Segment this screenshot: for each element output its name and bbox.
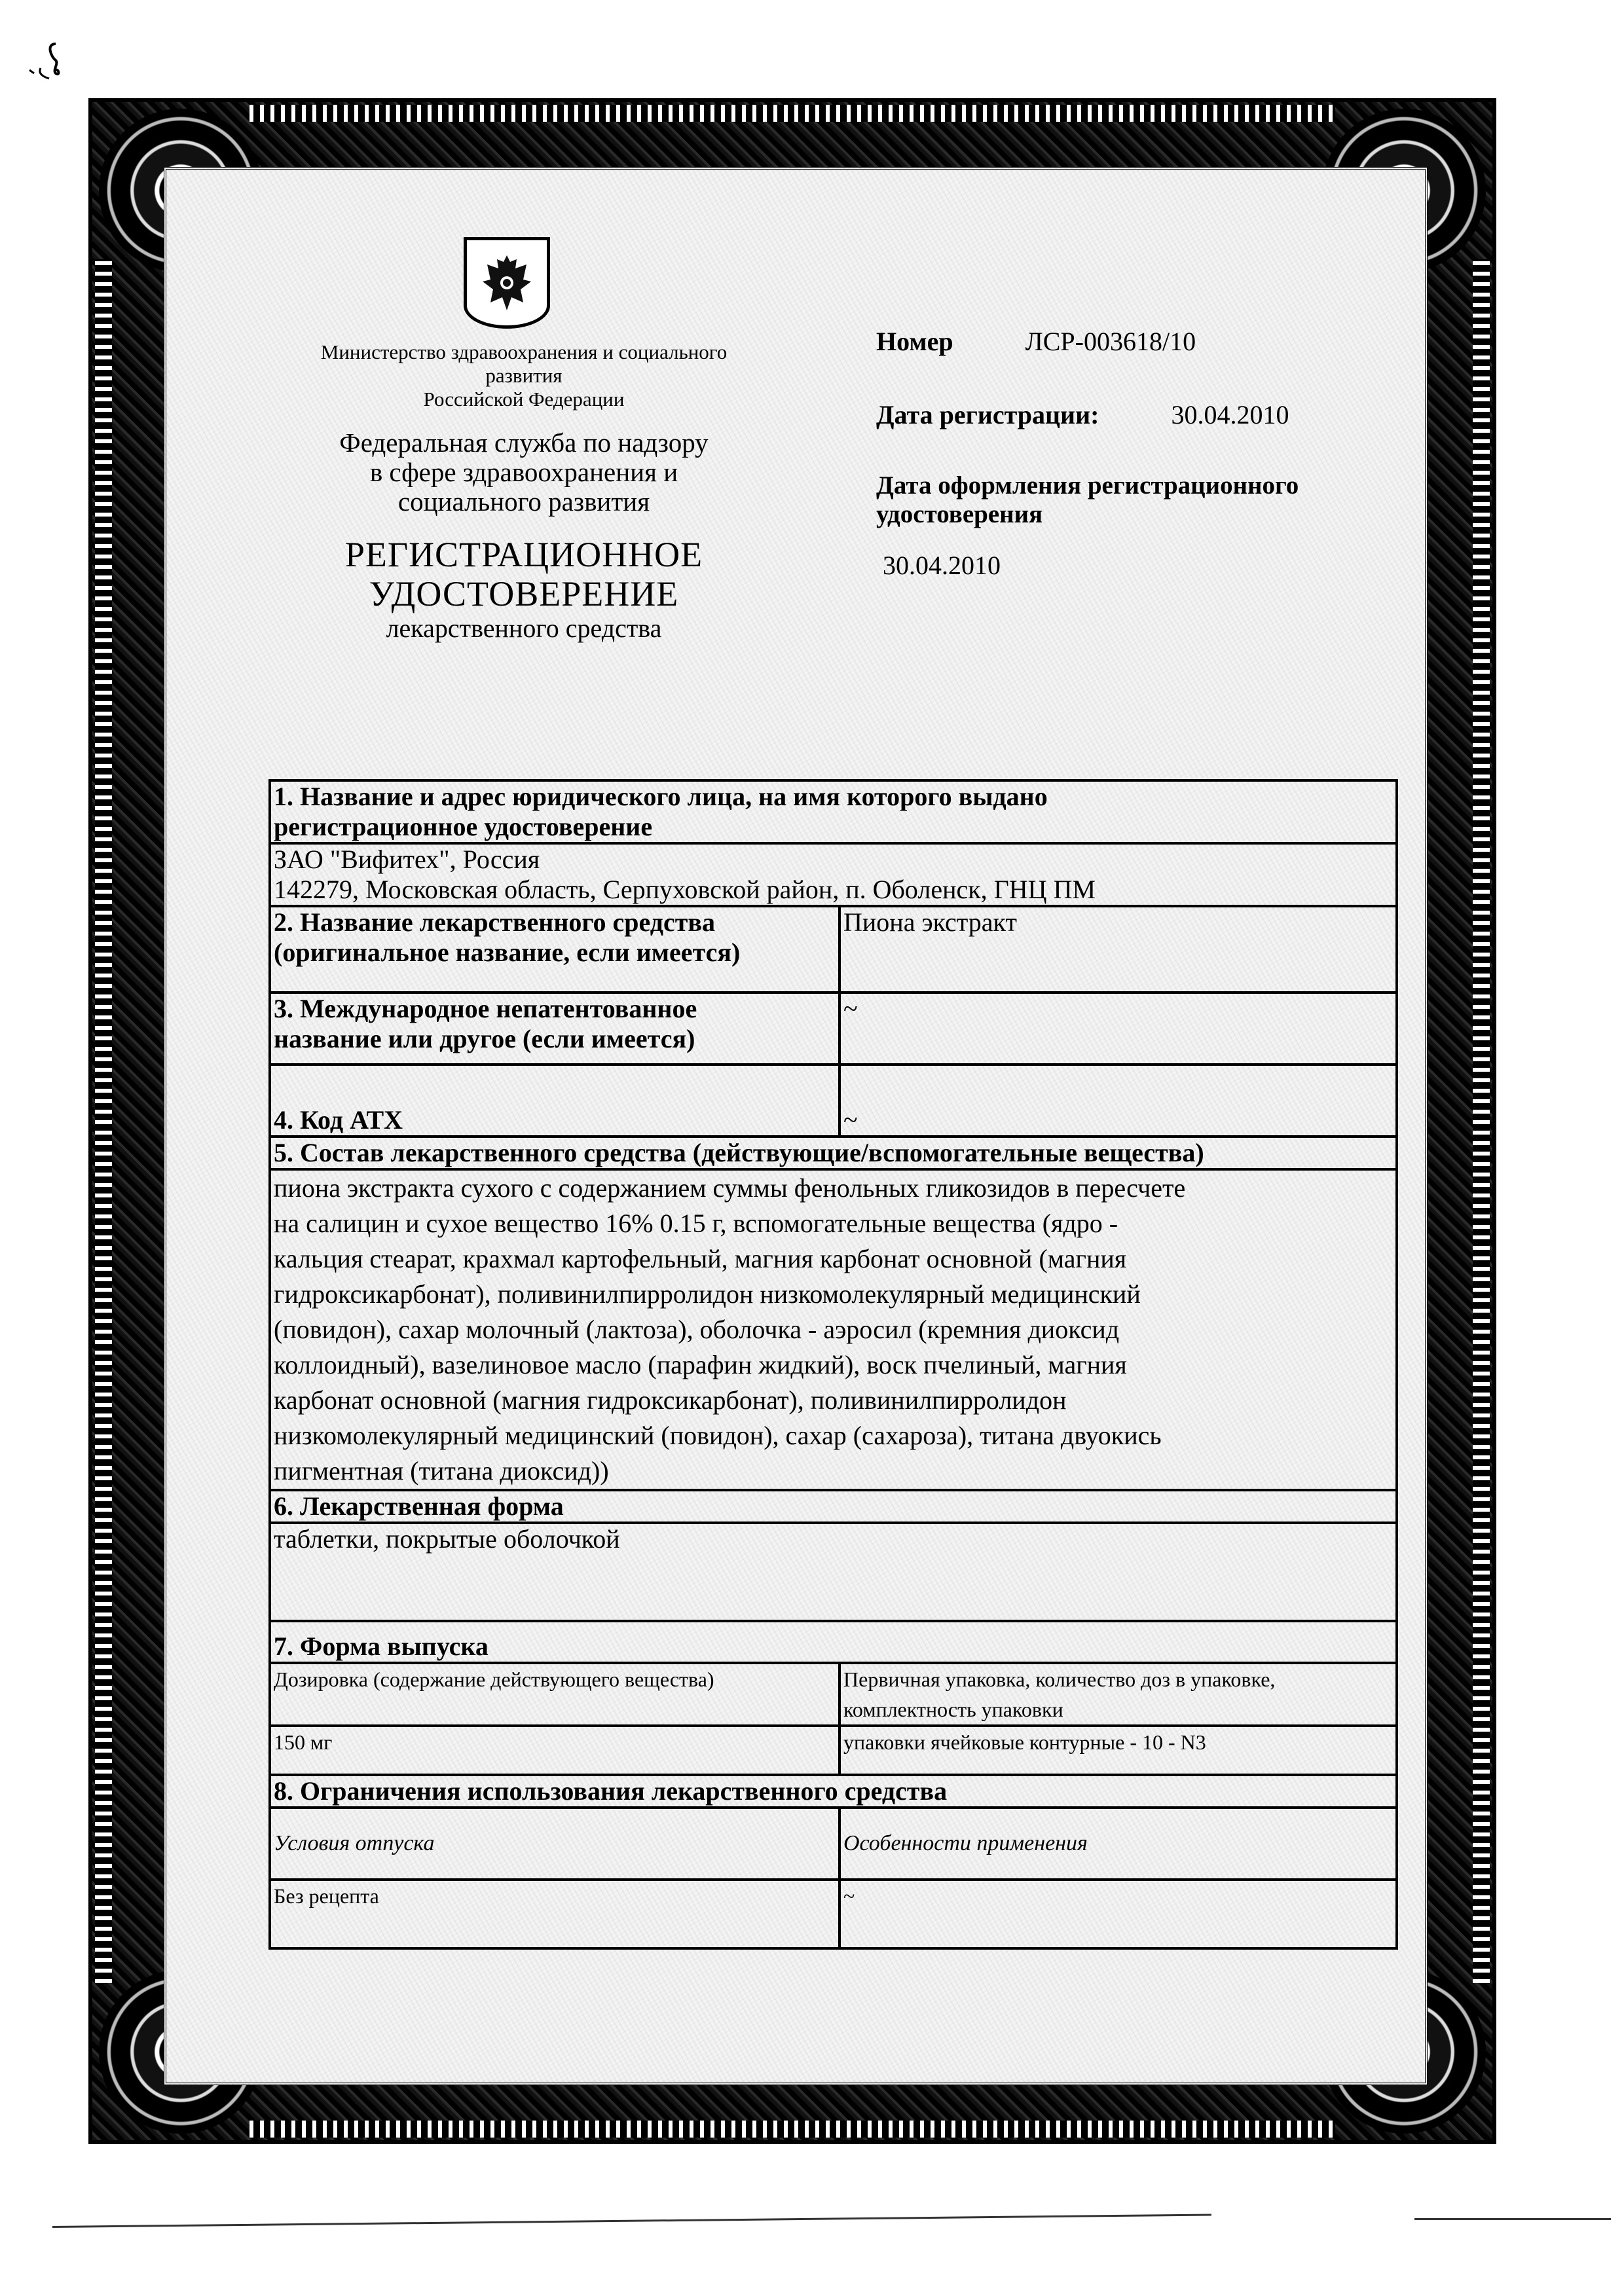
usage-features-header: Особенности применения	[840, 1808, 1397, 1880]
document-subtitle: лекарственного средства	[236, 613, 812, 644]
dosage-column-header: Дозировка (содержание действующего вещес…	[270, 1663, 840, 1726]
issue-date-label: Дата оформления регистрационного удостов…	[876, 471, 1400, 529]
section-3-title: 3. Международное непатентованное названи…	[270, 993, 840, 1065]
packaging-column-header: Первичная упаковка, количество доз в упа…	[840, 1663, 1397, 1726]
section-1-title: 1. Название и адрес юридического лица, н…	[270, 780, 1397, 843]
section-6-title: 6. Лекарственная форма	[270, 1490, 1397, 1523]
service-name: Федеральная служба по надзору в сфере зд…	[236, 428, 812, 517]
section-2-row: 2. Название лекарственного средства (ори…	[270, 906, 1397, 993]
dosage-form: таблетки, покрытые оболочкой	[270, 1523, 1397, 1621]
section-8-title: 8. Ограничения использования лекарственн…	[270, 1775, 1397, 1808]
applicant-name: ЗАО "Вифитех", Россия	[274, 845, 1393, 875]
frame-scallop-bottom	[249, 2121, 1335, 2138]
drug-trade-name: Пиона экстракт	[840, 906, 1397, 993]
frame-scallop-left	[95, 259, 112, 1983]
scan-edge-line	[1414, 2218, 1611, 2220]
section-3-row: 3. Международное непатентованное названи…	[270, 993, 1397, 1065]
section-1-value-row: ЗАО "Вифитех", Россия 142279, Московская…	[270, 843, 1397, 906]
issuer-block: Министерство здравоохранения и социально…	[236, 340, 812, 644]
section-8-title-row: 8. Ограничения использования лекарственн…	[270, 1775, 1397, 1808]
applicant-name-address: ЗАО "Вифитех", Россия 142279, Московская…	[270, 843, 1397, 906]
registration-number: Номер ЛСР-003618/10	[876, 326, 1400, 365]
section-6-value-row: таблетки, покрытые оболочкой	[270, 1523, 1397, 1621]
section-7-title-row: 7. Форма выпуска	[270, 1621, 1397, 1663]
atc-code: ~	[840, 1065, 1397, 1137]
ministry-name: Министерство здравоохранения и социально…	[236, 340, 812, 411]
frame-scallop-right	[1473, 259, 1490, 1983]
composition-text: пиона экстракта сухого с содержанием сум…	[270, 1169, 1397, 1490]
section-2-title: 2. Название лекарственного средства (ори…	[270, 906, 840, 993]
applicant-address: 142279, Московская область, Серпуховской…	[274, 875, 1393, 905]
section-4-title: 4. Код АТХ	[270, 1065, 840, 1137]
inn-name: ~	[840, 993, 1397, 1065]
scan-edge-line	[52, 2214, 1211, 2228]
usage-features-value: ~	[840, 1880, 1397, 1948]
section-5-title: 5. Состав лекарственного средства (дейст…	[270, 1137, 1397, 1169]
registration-info: Номер ЛСР-003618/10 Дата регистрации: 30…	[876, 326, 1400, 581]
section-7-header-row: Дозировка (содержание действующего вещес…	[270, 1663, 1397, 1726]
registration-number-value: ЛСР-003618/10	[1025, 326, 1196, 365]
dispensing-conditions-header: Условия отпуска	[270, 1808, 840, 1880]
handwritten-mark	[26, 41, 72, 90]
section-1-title-row: 1. Название и адрес юридического лица, н…	[270, 780, 1397, 843]
russian-coat-of-arms-icon	[464, 237, 550, 329]
section-8-header-row: Условия отпуска Особенности применения	[270, 1808, 1397, 1880]
registration-date: Дата регистрации: 30.04.2010	[876, 399, 1400, 439]
packaging-value: упаковки ячейковые контурные - 10 - N3	[840, 1726, 1397, 1775]
section-5-value-row: пиона экстракта сухого с содержанием сум…	[270, 1169, 1397, 1490]
section-5-title-row: 5. Состав лекарственного средства (дейст…	[270, 1137, 1397, 1169]
dispensing-conditions-value: Без рецепта	[270, 1880, 840, 1948]
restrictions-row: Без рецепта ~	[270, 1880, 1397, 1948]
section-7-title: 7. Форма выпуска	[270, 1621, 1397, 1663]
document-title: РЕГИСТРАЦИОННОЕ УДОСТОВЕРЕНИЕ	[236, 535, 812, 613]
section-6-title-row: 6. Лекарственная форма	[270, 1490, 1397, 1523]
dosage-value: 150 мг	[270, 1726, 840, 1775]
issue-date-value: 30.04.2010	[883, 550, 1400, 581]
certificate-table: 1. Название и адрес юридического лица, н…	[268, 779, 1398, 1950]
section-4-row: 4. Код АТХ ~	[270, 1065, 1397, 1137]
release-form-row: 150 мг упаковки ячейковые контурные - 10…	[270, 1726, 1397, 1775]
registration-date-value: 30.04.2010	[1171, 399, 1289, 439]
frame-scallop-top	[249, 105, 1335, 122]
